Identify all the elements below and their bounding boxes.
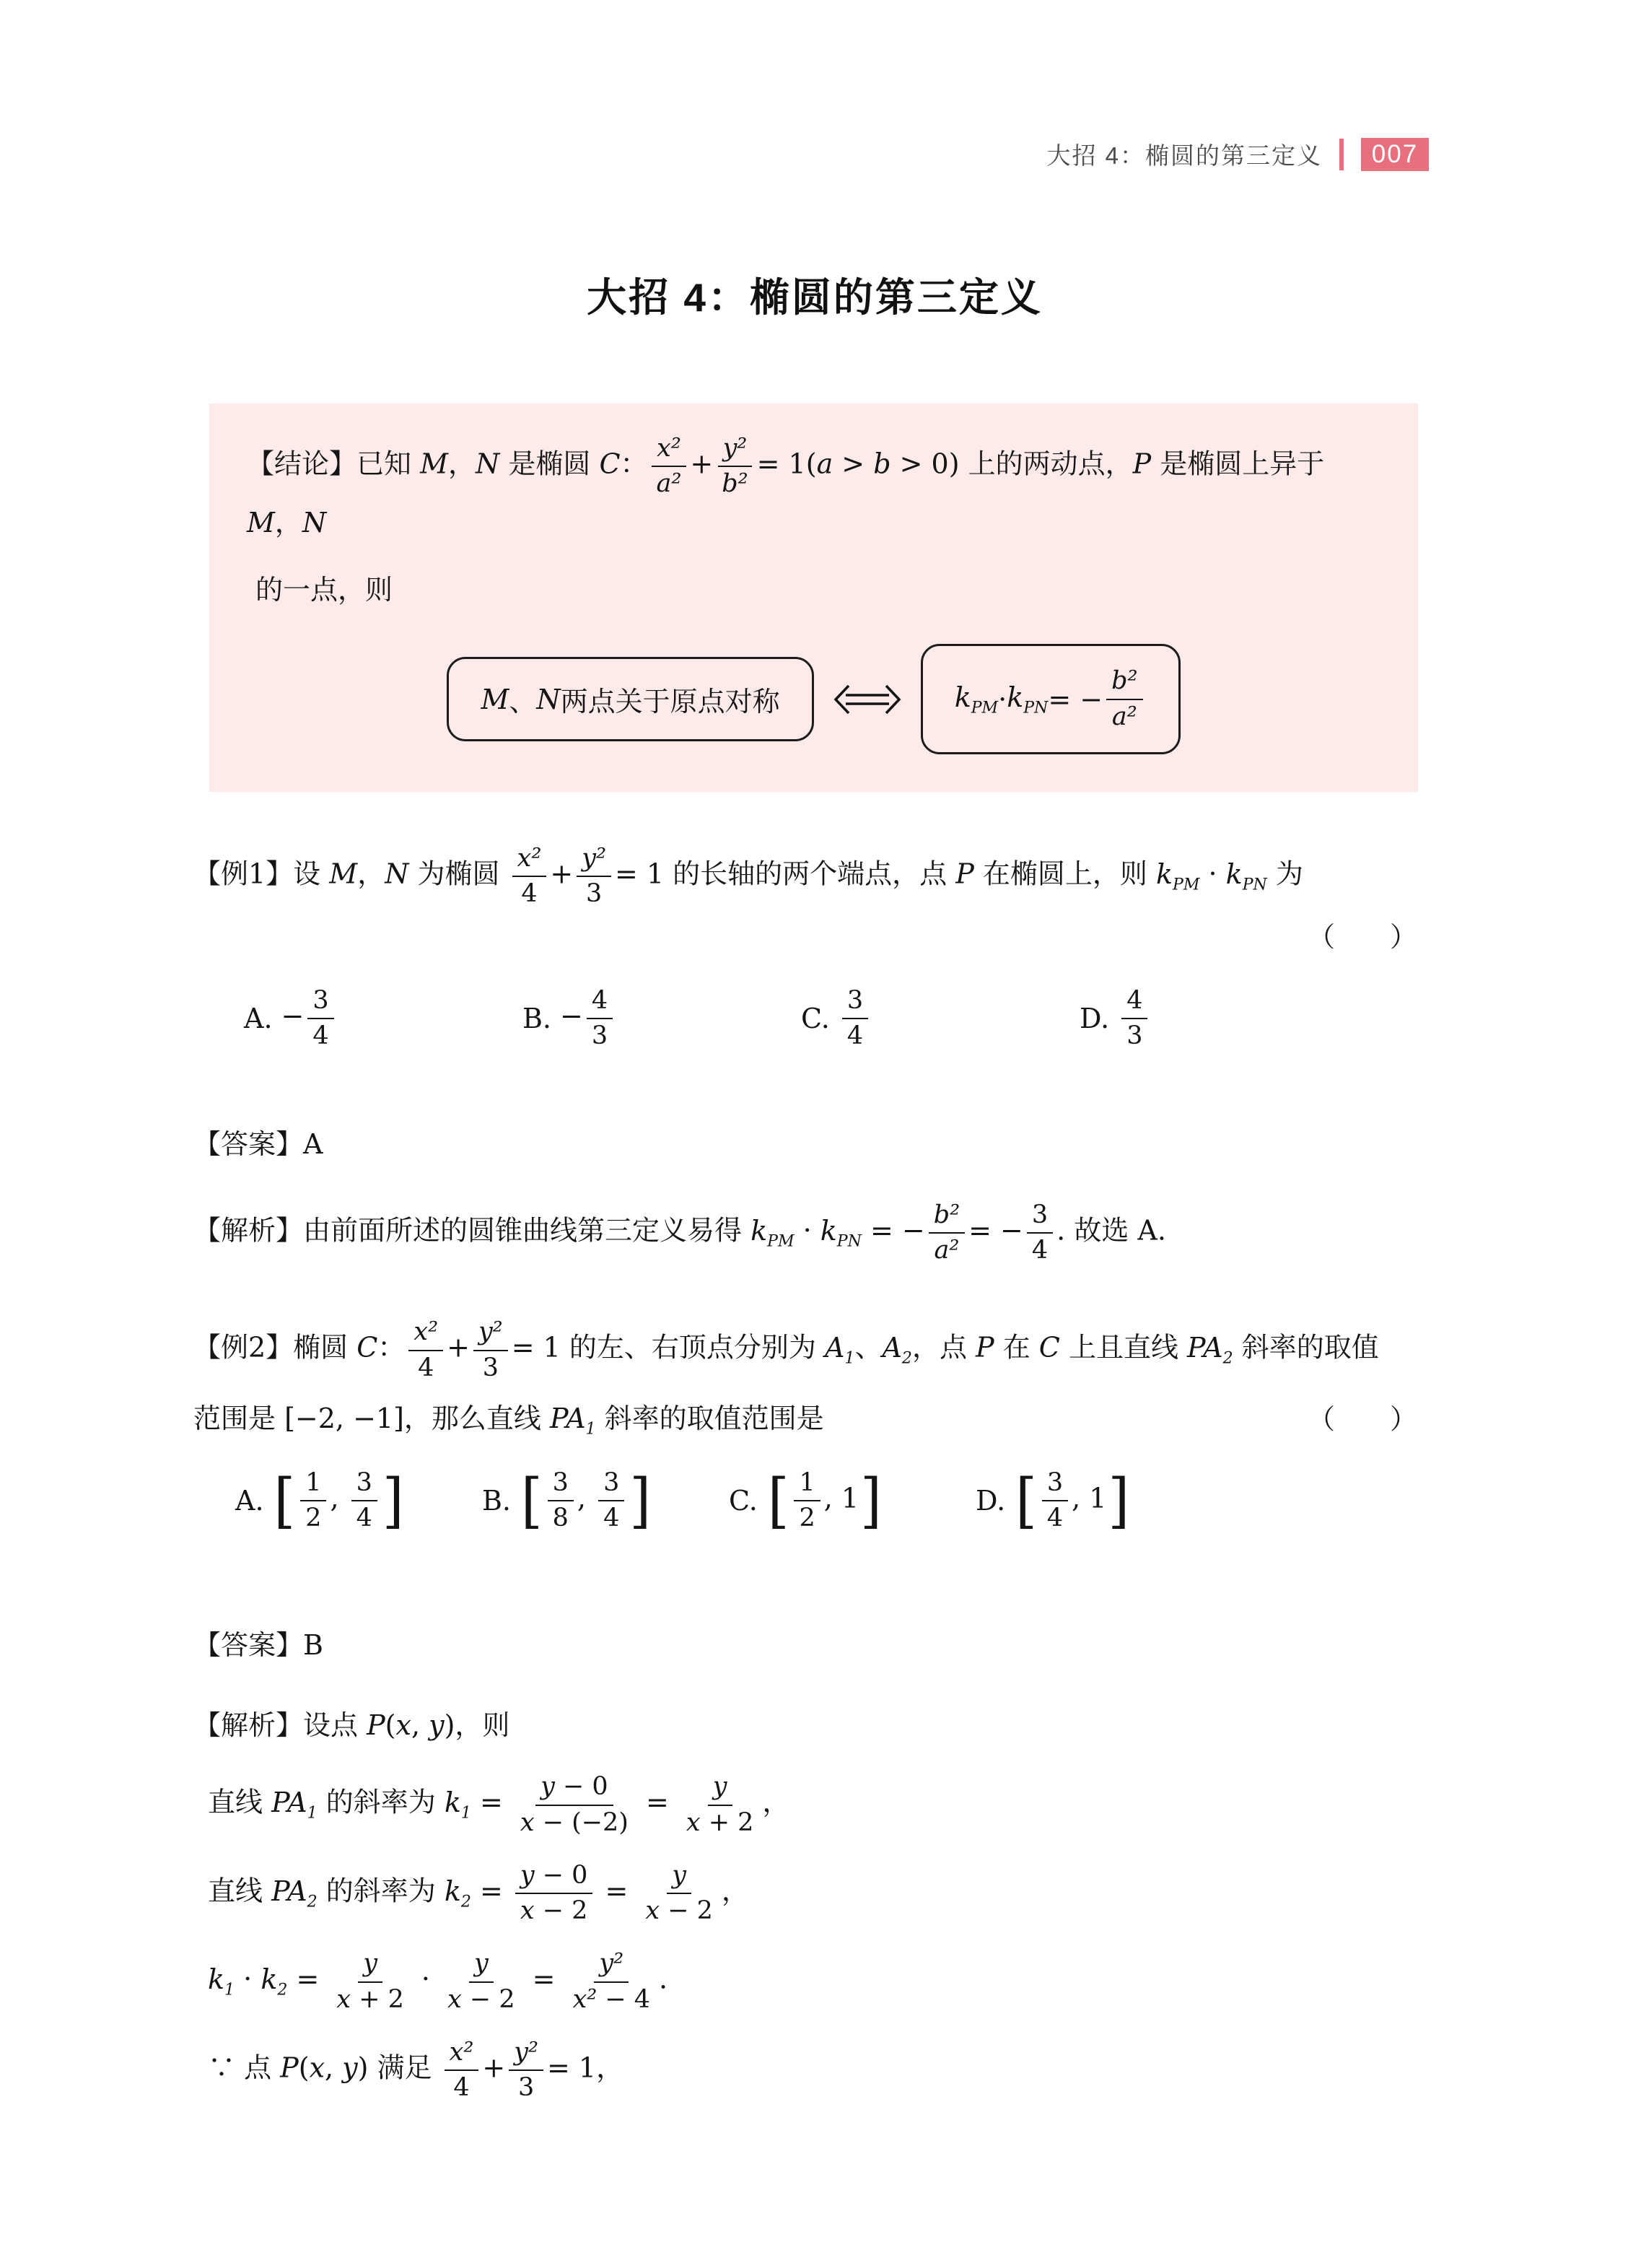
textbook-page: 大招 4：椭圆的第三定义 007 大招 4：椭圆的第三定义 【结论】已知 M，N… <box>0 0 1628 2268</box>
equivalence-diagram: M、N 两点关于原点对称 kPM · kPN = −b²a² <box>247 644 1380 754</box>
example-2: 【例2】椭圆 C：x²4+y²3= 1 的左、右顶点分别为 A1、A2，点 P … <box>193 1317 1436 1533</box>
solution-2: 【解析】设点 P(x, y)，则 直线 PA1 的斜率为 k1 = y − 0x… <box>193 1701 1436 2103</box>
option-b-label: B. <box>522 1003 551 1034</box>
equivalence-arrow-icon <box>833 682 902 717</box>
conclusion-text-line1: 【结论】已知 M，N 是椭圆 C：x²a²+y²b²= 1(a > b > 0)… <box>247 434 1380 547</box>
option-a-label: A. <box>244 1003 273 1034</box>
solution2-intro: 【解析】设点 P(x, y)，则 <box>193 1701 1436 1750</box>
example1-stem: 【例1】设 M，N 为椭圆 x²4+y²3= 1 的长轴的两个端点，点 P 在椭… <box>193 844 1436 909</box>
option-b-label: B. <box>482 1485 511 1517</box>
answer1-value: A <box>303 1128 323 1160</box>
option-d-value: 43 <box>1118 986 1151 1051</box>
option-b: B. −43 <box>522 986 801 1051</box>
option-b: B. [38, 34] <box>482 1468 729 1533</box>
option-b-value: [38, 34] <box>520 1468 652 1533</box>
solution2-line-ellipse: ∵ 点 P(x, y) 满足 x²4+y²3= 1， <box>193 2038 1436 2103</box>
answer2-value: B <box>303 1629 323 1661</box>
option-a-value: [12, 34] <box>273 1468 406 1533</box>
answer2-label: 【答案】 <box>193 1629 303 1661</box>
solution2-line-product: k1 · k2 = yx + 2 · yx − 2 = y²x² − 4. <box>193 1949 1436 2014</box>
option-c-label: C. <box>801 1003 830 1034</box>
option-c: C. 34 <box>801 986 1080 1051</box>
conclusion-box: 【结论】已知 M，N 是椭圆 C：x²a²+y²b²= 1(a > b > 0)… <box>209 404 1418 792</box>
conclusion-text-line2: 的一点，则 <box>247 566 1380 614</box>
example2-answer-paren: （ ） <box>1308 1395 1436 1444</box>
example2-stem: 【例2】椭圆 C：x²4+y²3= 1 的左、右顶点分别为 A1、A2，点 P … <box>193 1317 1436 1382</box>
example1-options: A. −34 B. −43 C. 34 D. 43 <box>193 986 1436 1051</box>
example1-answer-paren: （ ） <box>193 913 1436 961</box>
answer-2: 【答案】B <box>193 1621 1436 1670</box>
option-d: D. [34, 1] <box>976 1468 1222 1533</box>
option-b-value: −43 <box>560 986 616 1051</box>
page-title: 大招 4：椭圆的第三定义 <box>193 266 1436 323</box>
option-c-value: [12, 1] <box>766 1468 883 1533</box>
statement-box-symmetry: M、N 两点关于原点对称 <box>447 657 813 741</box>
example2-stem-line2: 范围是 [−2, −1]，那么直线 PA1 斜率的取值范围是 （ ） <box>193 1395 1436 1444</box>
option-a: A. [12, 34] <box>235 1468 482 1533</box>
formula-box-slope-product: kPM · kPN = −b²a² <box>921 644 1181 754</box>
example2-stem-line2-text: 范围是 [−2, −1]，那么直线 PA1 斜率的取值范围是 <box>193 1395 824 1444</box>
example-1: 【例1】设 M，N 为椭圆 x²4+y²3= 1 的长轴的两个端点，点 P 在椭… <box>193 844 1436 1051</box>
solution2-line-k1: 直线 PA1 的斜率为 k1 = y − 0x − (−2) = yx + 2， <box>193 1772 1436 1837</box>
option-d: D. 43 <box>1080 986 1358 1051</box>
option-d-label: D. <box>1080 1003 1109 1034</box>
example2-options: A. [12, 34] B. [38, 34] C. [12, 1] D. [3… <box>193 1468 1436 1533</box>
option-a-label: A. <box>235 1485 264 1517</box>
option-d-value: [34, 1] <box>1014 1468 1131 1533</box>
option-c-value: 34 <box>839 986 872 1051</box>
page-content: 大招 4：椭圆的第三定义 【结论】已知 M，N 是椭圆 C：x²a²+y²b²=… <box>193 0 1436 2103</box>
answer-1: 【答案】A <box>193 1120 1436 1169</box>
solution-1: 【解析】由前面所述的圆锥曲线第三定义易得 kPM · kPN = −b²a²= … <box>193 1200 1436 1265</box>
option-c-label: C. <box>729 1485 758 1517</box>
option-a: A. −34 <box>244 986 522 1051</box>
option-a-value: −34 <box>281 986 338 1051</box>
option-d-label: D. <box>976 1485 1005 1517</box>
solution2-line-k2: 直线 PA2 的斜率为 k2 = y − 0x − 2 = yx − 2， <box>193 1861 1436 1926</box>
option-c: C. [12, 1] <box>729 1468 976 1533</box>
answer1-label: 【答案】 <box>193 1128 303 1160</box>
